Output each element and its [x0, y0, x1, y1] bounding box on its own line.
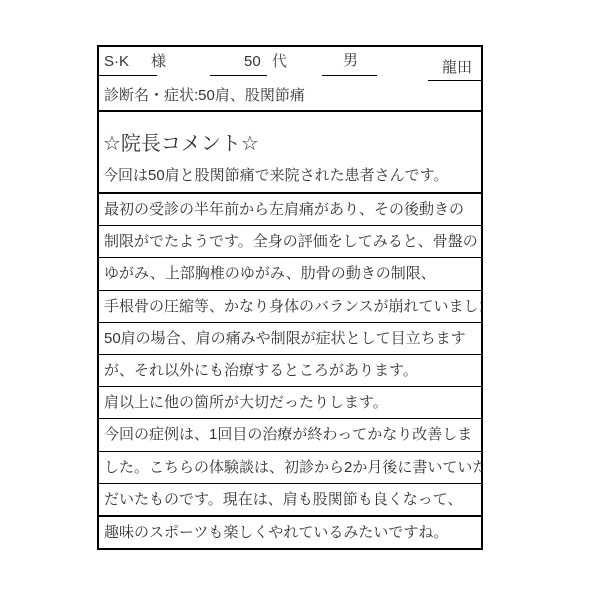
comment-title: ☆院長コメント☆	[103, 132, 259, 156]
comment-line-text: 趣味のスポーツも楽しくやれているみたいですね。	[104, 524, 448, 541]
comment-line-text: 肩以上に他の箇所が大切だったりします。	[104, 394, 388, 411]
comment-line-text: ゆがみ、上部胸椎のゆがみ、肋骨の動きの制限、	[104, 265, 436, 282]
underline-patient-name	[99, 75, 157, 76]
comment-line-text: 50肩の場合、肩の痛みや制限が症状として目立ちます	[104, 330, 466, 347]
comment-line-6: が、それ以外にも治療するところがあります。	[99, 355, 481, 387]
patient-gender: 男	[343, 52, 358, 70]
honorific-label: 様	[151, 53, 166, 71]
comment-line-4: 手根骨の圧縮等、かなり身体のバランスが崩れていました	[99, 291, 481, 323]
comment-line-text: 今回の症例は、1回目の治療が終わってかなり改善しま	[104, 426, 472, 443]
comment-line-10: だいたものです。現在は、肩も股関節も良くなって、	[99, 484, 481, 517]
comment-line-text: だいたものです。現在は、肩も股関節も良くなって、	[104, 491, 463, 508]
comment-intro-line: 今回は50肩と股関節痛で来院された患者さんです。	[103, 167, 449, 185]
comment-body: 最初の受診の半年前から左肩痛があり、その後動きの 制限がでたようです。全身の評価…	[99, 194, 481, 548]
comment-title-section: ☆院長コメント☆ 今回は50肩と股関節痛で来院された患者さんです。	[99, 112, 481, 194]
comment-line-3: ゆがみ、上部胸椎のゆがみ、肋骨の動きの制限、	[99, 258, 481, 290]
comment-line-11: 趣味のスポーツも楽しくやれているみたいですね。	[99, 517, 481, 548]
comment-line-text: 手根骨の圧縮等、かなり身体のバランスが崩れていました	[104, 298, 481, 315]
underline-age	[210, 75, 267, 76]
comment-line-5: 50肩の場合、肩の痛みや制限が症状として目立ちます	[99, 323, 481, 355]
comment-line-1: 最初の受診の半年前から左肩痛があり、その後動きの	[99, 194, 481, 226]
age-suffix-label: 代	[272, 53, 287, 71]
comment-form-table: S·K 様 50 代 男 龍田 診断名・症状:50肩、股関節痛 ☆院長コメント☆…	[97, 45, 483, 550]
comment-line-text: が、それ以外にも治療するところがあります。	[104, 362, 418, 379]
underline-staff-name	[428, 80, 481, 81]
underline-gender	[322, 75, 377, 76]
patient-initials: S·K	[104, 53, 129, 71]
diagnosis-line: 診断名・症状:50肩、股関節痛	[104, 87, 305, 105]
staff-name: 龍田	[442, 59, 472, 77]
comment-line-9: した。こちらの体験談は、初診から2か月後に書いていた	[99, 452, 481, 484]
comment-line-text: 最初の受診の半年前から左肩痛があり、その後動きの	[104, 201, 464, 218]
comment-line-2: 制限がでたようです。全身の評価をしてみると、骨盤の	[99, 226, 481, 258]
header-section: S·K 様 50 代 男 龍田 診断名・症状:50肩、股関節痛	[99, 47, 481, 112]
comment-line-text: した。こちらの体験談は、初診から2か月後に書いていた	[104, 459, 481, 476]
comment-line-text: 制限がでたようです。全身の評価をしてみると、骨盤の	[104, 233, 478, 250]
patient-comment-sheet: S·K 様 50 代 男 龍田 診断名・症状:50肩、股関節痛 ☆院長コメント☆…	[0, 0, 600, 600]
comment-line-7: 肩以上に他の箇所が大切だったりします。	[99, 387, 481, 419]
comment-line-8: 今回の症例は、1回目の治療が終わってかなり改善しま	[99, 419, 481, 451]
patient-age: 50	[244, 53, 261, 71]
